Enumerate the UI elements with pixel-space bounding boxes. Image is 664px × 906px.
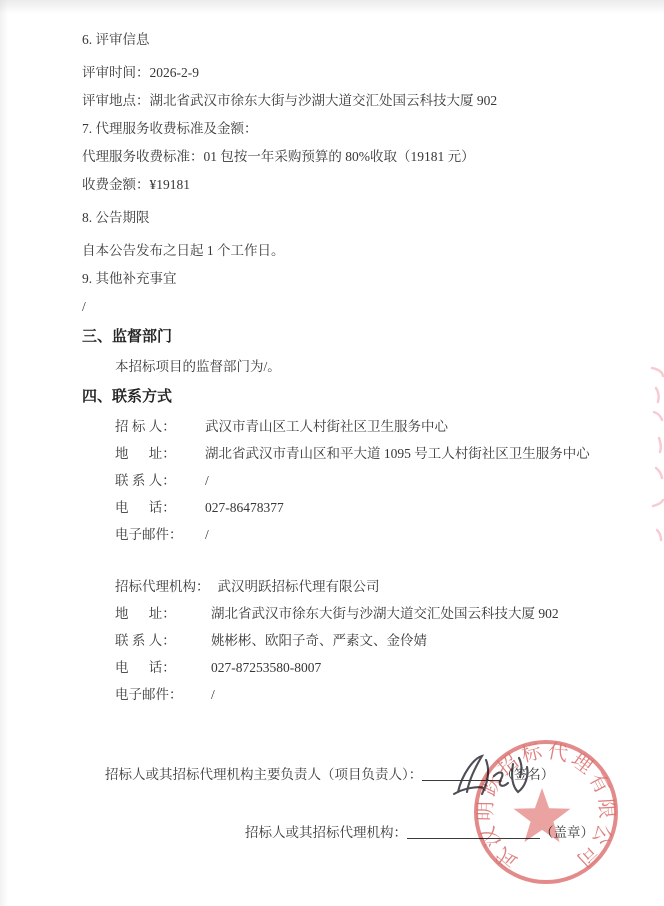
signature-block: 招标人或其招标代理机构主要负责人（项目负责人）：（签名） 招标人或其招标代理机构… <box>82 766 622 842</box>
agency-phone-label: 电 话： <box>115 659 199 677</box>
signature-blank-line <box>422 768 500 781</box>
signature-line-label: 招标人或其招标代理机构主要负责人（项目负责人）： <box>105 767 422 782</box>
agency-contact-block: 招标代理机构：武汉明跃招标代理有限公司 地 址：湖北省武汉市徐东大街与沙湖大道交… <box>82 578 622 704</box>
tenderer-email-row: 电子邮件：/ <box>115 526 622 544</box>
scan-edge-shading-left <box>0 0 8 906</box>
seal-line-suffix: （盖章） <box>540 825 594 840</box>
agency-email-value: / <box>211 687 215 702</box>
tenderer-address-label: 地 址： <box>115 445 199 463</box>
agency-fee-standard-line: 代理服务收费标准：01 包按一年采购预算的 80%收取（19181 元） <box>82 148 622 166</box>
agency-contact-person-value: 姚彬彬、欧阳子奇、严素文、金伶婧 <box>211 633 427 648</box>
tenderer-name-label: 招 标 人： <box>115 418 199 436</box>
tenderer-phone-value: 027-86478377 <box>205 500 284 515</box>
review-location-line: 评审地点：湖北省武汉市徐东大街与沙湖大道交汇处国云科技大厦 902 <box>82 92 622 110</box>
agency-name-value: 武汉明跃招标代理有限公司 <box>218 579 380 594</box>
agency-contact-person-row: 联 系 人：姚彬彬、欧阳子奇、严素文、金伶婧 <box>115 632 622 650</box>
agency-address-row: 地 址：湖北省武汉市徐东大街与沙湖大道交汇处国云科技大厦 902 <box>115 605 622 623</box>
agency-address-value: 湖北省武汉市徐东大街与沙湖大道交汇处国云科技大厦 902 <box>211 606 559 621</box>
signature-line: 招标人或其招标代理机构主要负责人（项目负责人）：（签名） <box>82 766 622 784</box>
ink-bleed-marks <box>626 360 664 560</box>
seal-line-label: 招标人或其招标代理机构： <box>245 825 407 840</box>
tenderer-phone-label: 电 话： <box>115 499 199 517</box>
review-info-heading: 6. 评审信息 <box>82 31 622 49</box>
other-matters-heading: 9. 其他补充事宜 <box>82 270 622 288</box>
agency-email-row: 电子邮件：/ <box>115 686 622 704</box>
tenderer-email-value: / <box>205 527 209 542</box>
agency-name-label: 招标代理机构： <box>115 578 210 596</box>
tenderer-contact-person-label: 联 系 人： <box>115 472 199 490</box>
agency-contact-person-label: 联 系 人： <box>115 632 199 650</box>
tenderer-contact-block: 招 标 人：武汉市青山区工人村街社区卫生服务中心 地 址：湖北省武汉市青山区和平… <box>82 418 622 544</box>
agency-fee-amount-line: 收费金额：¥19181 <box>82 176 622 194</box>
tenderer-address-row: 地 址：湖北省武汉市青山区和平大道 1095 号工人村街社区卫生服务中心 <box>115 445 622 463</box>
scan-edge-shading-top <box>0 0 664 14</box>
agency-fee-heading: 7. 代理服务收费标准及金额： <box>82 120 622 138</box>
agency-email-label: 电子邮件： <box>115 686 199 704</box>
tenderer-contact-person-row: 联 系 人：/ <box>115 472 622 490</box>
notice-period-heading: 8. 公告期限 <box>82 209 622 227</box>
agency-address-label: 地 址： <box>115 605 199 623</box>
seal-line: 招标人或其招标代理机构：（盖章） <box>82 824 622 842</box>
signature-line-suffix: （签名） <box>500 767 554 782</box>
tenderer-address-value: 湖北省武汉市青山区和平大道 1095 号工人村街社区卫生服务中心 <box>205 446 590 461</box>
document-page: 6. 评审信息 评审时间：2026-2-9 评审地点：湖北省武汉市徐东大街与沙湖… <box>82 31 622 856</box>
tenderer-email-label: 电子邮件： <box>115 526 199 544</box>
agency-name-row: 招标代理机构：武汉明跃招标代理有限公司 <box>115 578 622 596</box>
other-matters-body: / <box>82 298 622 316</box>
contact-heading: 四、联系方式 <box>82 386 622 406</box>
supervision-body: 本招标项目的监督部门为/。 <box>82 358 622 376</box>
review-time-line: 评审时间：2026-2-9 <box>82 64 622 82</box>
tenderer-contact-person-value: / <box>205 473 209 488</box>
agency-phone-row: 电 话：027-87253580-8007 <box>115 659 622 677</box>
tenderer-phone-row: 电 话：027-86478377 <box>115 499 622 517</box>
seal-blank-line <box>407 826 540 839</box>
tenderer-name-value: 武汉市青山区工人村街社区卫生服务中心 <box>205 419 448 434</box>
notice-period-body: 自本公告发布之日起 1 个工作日。 <box>82 242 622 260</box>
supervision-heading: 三、监督部门 <box>82 326 622 346</box>
agency-phone-value: 027-87253580-8007 <box>211 660 321 675</box>
tenderer-name-row: 招 标 人：武汉市青山区工人村街社区卫生服务中心 <box>115 418 622 436</box>
